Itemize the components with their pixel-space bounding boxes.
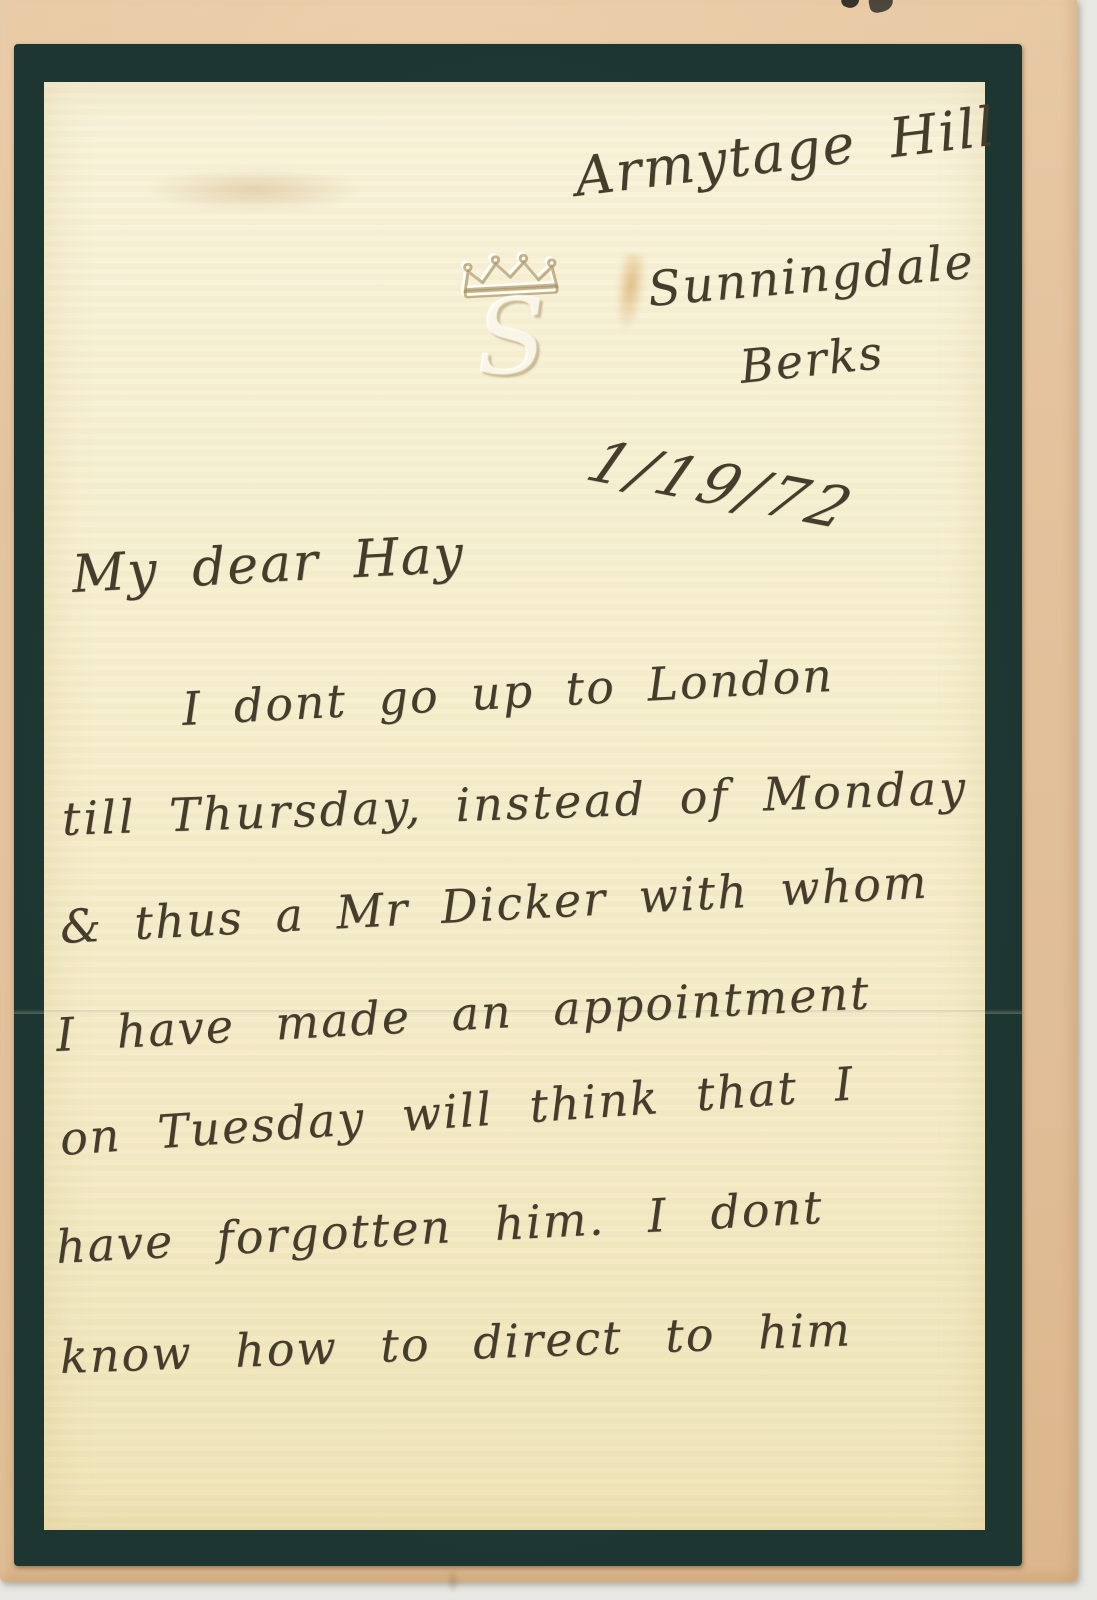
stain — [144, 168, 364, 212]
stain — [611, 253, 648, 334]
crest-monogram: S — [448, 287, 577, 389]
stain — [446, 1568, 460, 1594]
scanned-letter-photo: S Armytage Hill Sunningdale Berks 1/19/7… — [0, 0, 1097, 1600]
embossed-crest: S — [446, 241, 579, 419]
